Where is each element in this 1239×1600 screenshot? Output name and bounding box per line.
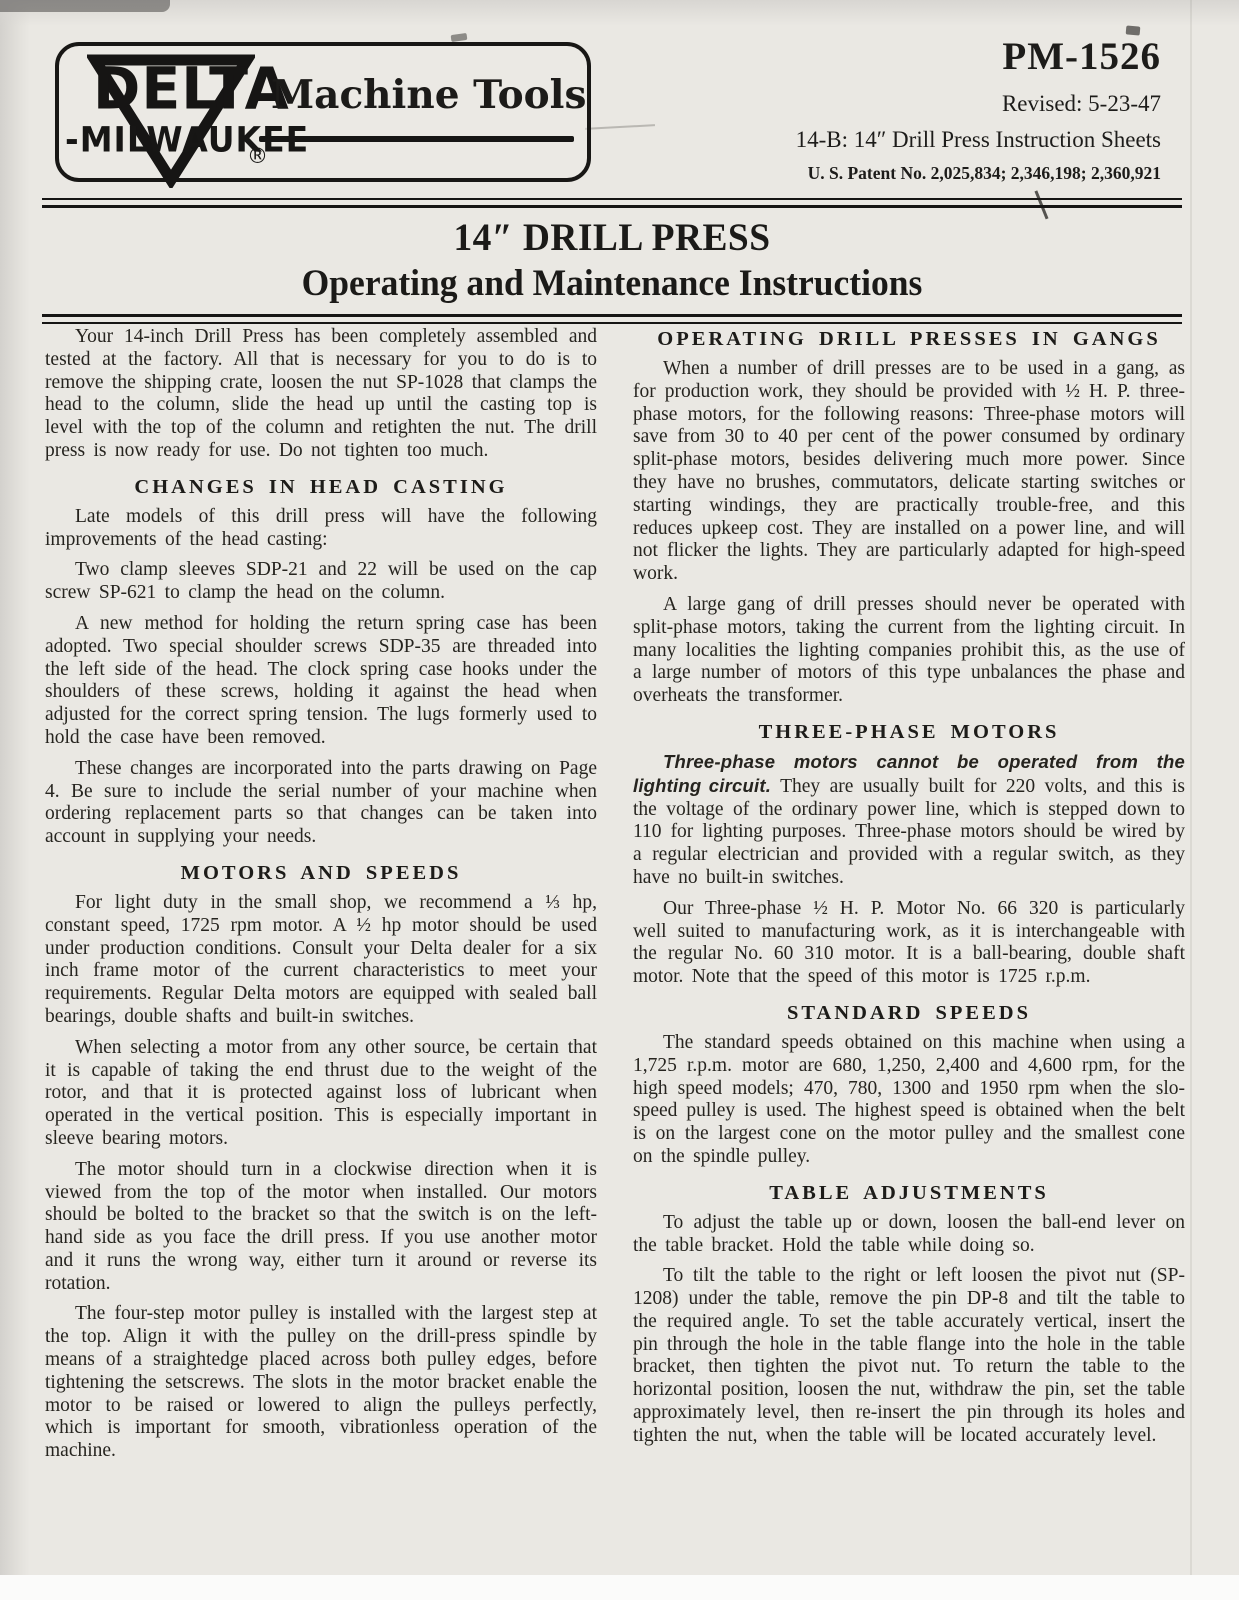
delta-logo: DELTA Machine Tools -MILWAUKEE ® [55,42,591,182]
logo-rule [259,136,574,142]
patent-numbers: U. S. Patent No. 2,025,834; 2,346,198; 2… [796,163,1161,184]
revision-date: Revised: 5-23-47 [796,91,1161,117]
paragraph: A large gang of drill presses should nev… [633,594,1185,708]
paragraph-intro: Your 14-inch Drill Press has been comple… [45,326,597,463]
paragraph: The motor should turn in a clockwise dir… [45,1159,597,1296]
paragraph: When selecting a motor from any other so… [45,1037,597,1151]
brand-name: DELTA [93,55,290,122]
section-heading-standard-speeds: STANDARD SPEEDS [633,1002,1185,1025]
registered-trademark-icon: ® [247,144,268,168]
section-heading-motors-and-speeds: MOTORS AND SPEEDS [45,862,597,885]
scan-edge-top [0,0,1239,26]
scan-smudge [0,0,170,12]
paragraph: To tilt the table to the right or left l… [633,1265,1185,1447]
section-heading-operating-drill-presses-in-gangs: OPERATING DRILL PRESSES IN GANGS [633,328,1185,351]
brand-subtitle: Machine Tools [271,72,586,118]
paragraph: To adjust the table up or down, loosen t… [633,1212,1185,1258]
paragraph: When a number of drill presses are to be… [633,358,1185,586]
double-rule [42,198,1182,208]
paragraph: Three-phase motors cannot be operated fr… [633,751,1185,890]
page-title: 14″ DRILL PRESS [65,215,1159,260]
paragraph: The standard speeds obtained on this mac… [633,1032,1185,1169]
page-subtitle: Operating and Maintenance Instructions [65,262,1159,305]
paragraph: For light duty in the small shop, we rec… [45,892,597,1029]
paragraph: Late models of this drill press will hav… [45,506,597,552]
section-heading-table-adjustments: TABLE ADJUSTMENTS [633,1182,1185,1205]
sheet-reference: 14-B: 14″ Drill Press Instruction Sheets [796,127,1161,153]
paragraph: A new method for holding the return spri… [45,613,597,750]
right-column: OPERATING DRILL PRESSES IN GANGS When a … [633,326,1185,1575]
document-info: PM-1526 Revised: 5-23-47 14-B: 14″ Drill… [796,34,1161,184]
section-heading-changes-in-head-casting: CHANGES IN HEAD CASTING [45,476,597,499]
scanned-page: DELTA Machine Tools -MILWAUKEE ® PM-1526… [0,0,1239,1575]
body-columns: Your 14-inch Drill Press has been comple… [45,326,1185,1575]
paragraph: Our Three-phase ½ H. P. Motor No. 66 320… [633,898,1185,989]
paragraph: Two clamp sleeves SDP-21 and 22 will be … [45,559,597,605]
scan-edge-left [0,0,30,1575]
title-block: 14″ DRILL PRESS Operating and Maintenanc… [42,198,1182,324]
double-rule [42,314,1182,324]
scan-mark [451,33,468,42]
left-column: Your 14-inch Drill Press has been comple… [45,326,597,1575]
paragraph: These changes are incorporated into the … [45,758,597,849]
paragraph: The four-step motor pulley is installed … [45,1303,597,1463]
paper-crease [585,124,655,130]
page-fold-line [1190,0,1192,1575]
section-heading-three-phase-motors: THREE-PHASE MOTORS [633,721,1185,744]
scan-bottom-margin [0,1575,1239,1600]
document-number: PM-1526 [796,34,1161,79]
